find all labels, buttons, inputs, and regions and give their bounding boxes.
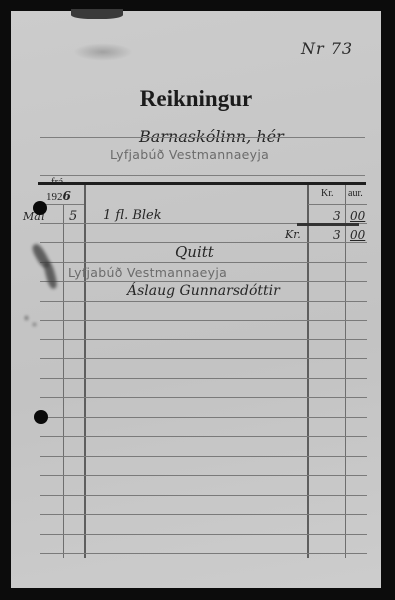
ink-speck — [33, 323, 36, 326]
signature: Áslaug Gunnarsdóttir — [127, 283, 280, 299]
header-aurar: aur. — [348, 188, 363, 199]
row-line — [40, 534, 367, 535]
ink-speck — [25, 316, 28, 320]
punch-hole-bottom — [34, 410, 48, 424]
punch-hole-top — [33, 201, 47, 215]
row-1-krona: 3 — [333, 209, 341, 223]
document-title: Reikningur — [11, 86, 381, 112]
row-line — [40, 397, 367, 398]
row-line — [40, 495, 367, 496]
header-row-line-right — [308, 204, 367, 205]
header-krona: Kr. — [321, 188, 334, 199]
row-line — [40, 417, 367, 418]
row-1-day: 5 — [69, 209, 77, 224]
year-label: 1926 — [46, 189, 71, 203]
column-divider-aurar — [345, 185, 346, 558]
table-top-rule — [38, 182, 366, 185]
document-number: Nr 73 — [301, 39, 353, 58]
recipient-line — [40, 137, 365, 138]
smudge-mark — [73, 43, 133, 61]
row-line — [40, 320, 367, 321]
row-line — [40, 553, 367, 554]
row-line — [40, 281, 367, 282]
invoice-paper: Nr 73 Reikningur Barnaskólinn, hér Lyfja… — [11, 11, 381, 588]
row-line — [40, 475, 367, 476]
row-line — [40, 378, 367, 379]
subtotal-underline — [297, 223, 359, 226]
row-line — [40, 456, 367, 457]
row-line — [40, 514, 367, 515]
paid-note: Quitt — [175, 243, 214, 261]
year-suffix-handwritten: 6 — [63, 189, 71, 203]
paid-stamp: Lyfjabúð Vestmannaeyja — [68, 265, 227, 280]
column-divider-krona — [307, 185, 309, 558]
row-2-krona: 3 — [333, 228, 341, 242]
row-1-description: 1 fl. Blek — [103, 208, 162, 223]
ink-smudge — [43, 260, 59, 289]
row-2-aurar: 00 — [350, 228, 365, 242]
from-line — [40, 175, 365, 176]
row-line — [40, 301, 367, 302]
row-2-label: Kr. — [285, 228, 301, 241]
row-1-aurar: 00 — [350, 209, 365, 223]
column-divider-day — [63, 205, 64, 558]
row-line — [40, 436, 367, 437]
year-prefix: 192 — [46, 191, 63, 203]
row-line — [40, 358, 367, 359]
row-line — [40, 339, 367, 340]
row-line — [40, 262, 367, 263]
column-divider-description — [84, 185, 86, 558]
paper-clip-mark — [71, 9, 123, 19]
sender-stamp: Lyfjabúð Vestmannaeyja — [110, 147, 269, 162]
